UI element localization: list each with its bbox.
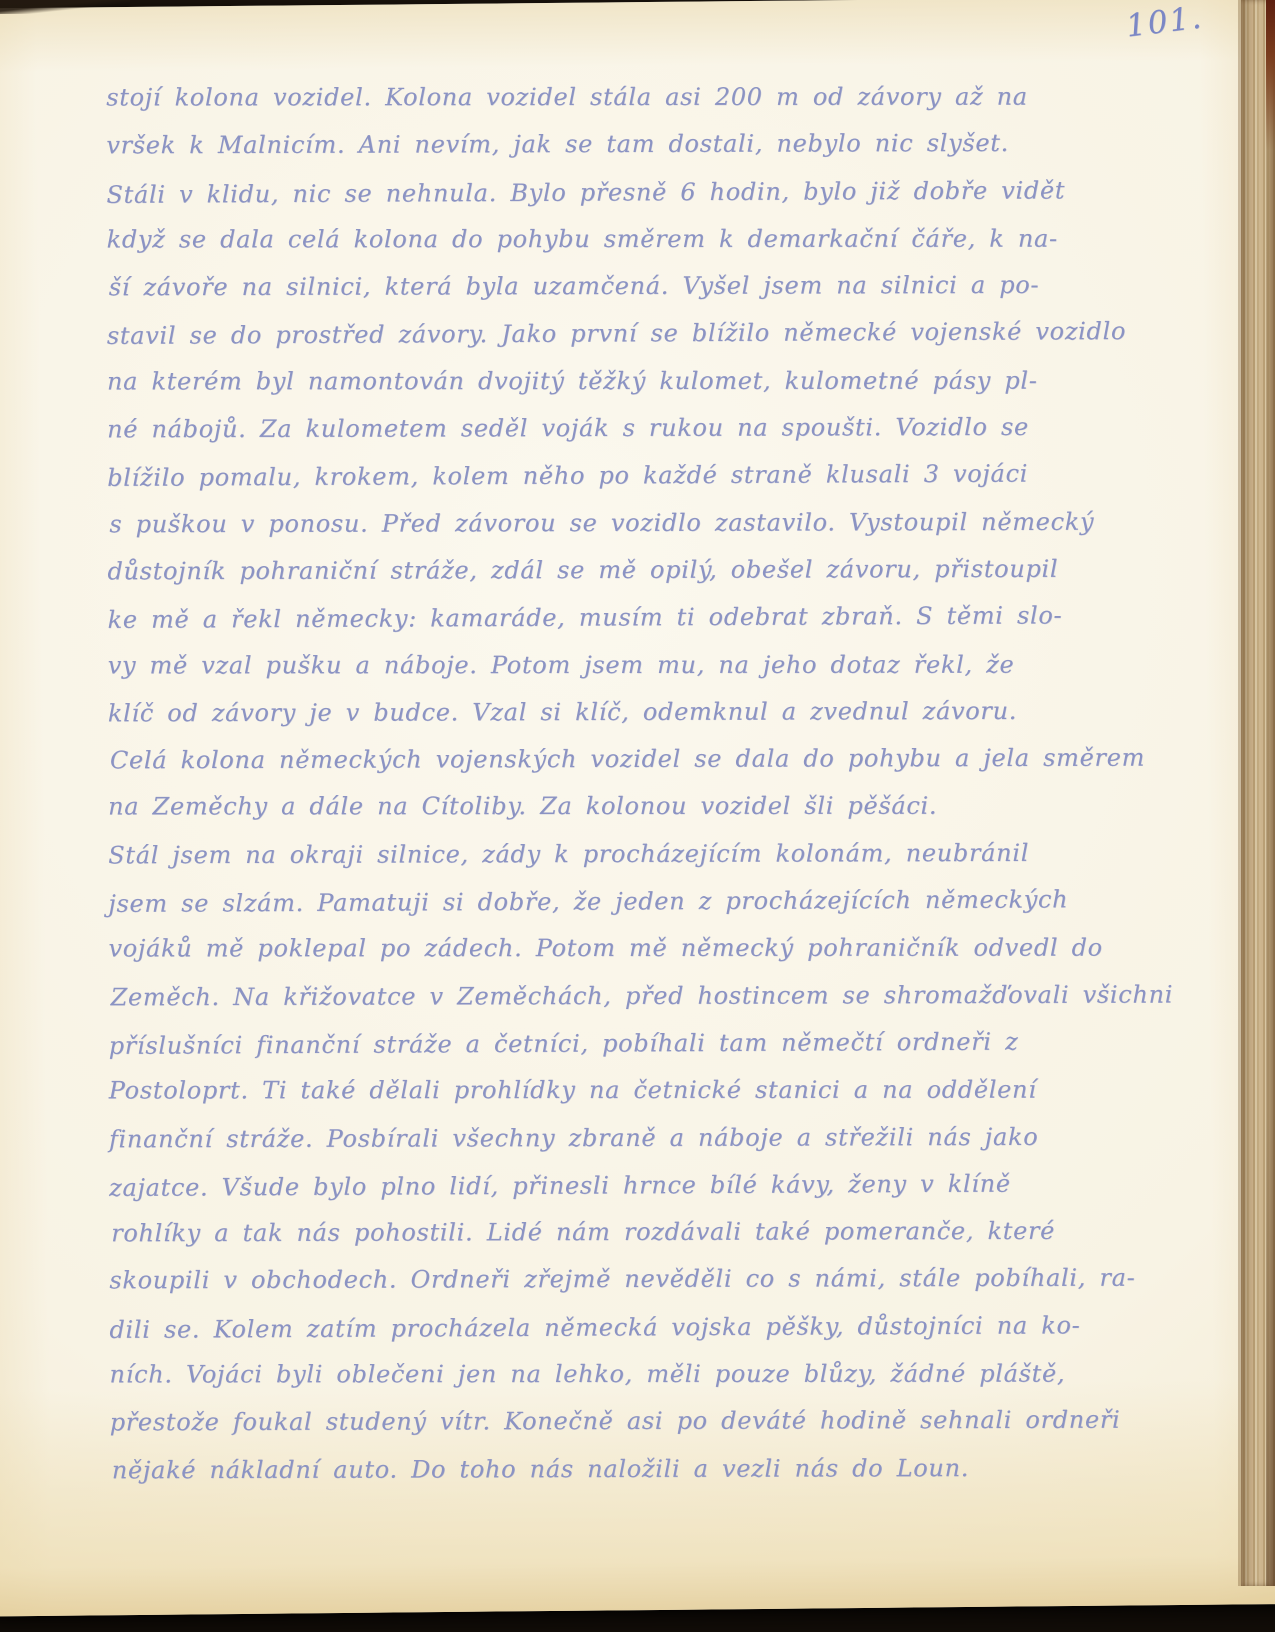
handwritten-line: ních. Vojáci byli oblečeni jen na lehko,… [110, 1351, 1115, 1399]
handwritten-line: stojí kolona vozidel. Kolona vozidel stá… [106, 74, 1111, 122]
scan-edge-artifact [0, 0, 130, 14]
handwritten-text: stojí kolona vozidel. Kolona vozidel stá… [106, 73, 1115, 1495]
book-binding-edge [1241, 0, 1275, 1586]
handwritten-line: stavil se do prostřed závory. Jako první… [107, 309, 1112, 361]
handwritten-line: vojáků mě poklepal po zádech. Potom mě n… [108, 925, 1113, 973]
handwritten-line: Celá kolona německých vojenských vozidel… [110, 735, 1115, 785]
handwritten-line: zajatce. Všude bylo plno lidí, přinesli … [109, 1160, 1114, 1212]
handwritten-line: rohlíky a tak nás pohostili. Lidé nám ro… [111, 1208, 1116, 1258]
handwritten-line: finanční stráže. Posbírali všechny zbran… [109, 1113, 1114, 1163]
manuscript-scan: 101. stojí kolona vozidel. Kolona vozide… [0, 0, 1275, 1632]
handwritten-line: ší závoře na silnici, která byla uzamčen… [109, 262, 1114, 312]
handwritten-line: Postoloprt. Ti také dělali prohlídky na … [109, 1067, 1114, 1115]
handwritten-line: ke mě a řekl německy: kamaráde, musím ti… [107, 592, 1112, 644]
handwritten-line: na Zeměchy a dále na Cítoliby. Za kolono… [108, 783, 1113, 831]
handwritten-line: vršek k Malnicím. Ani nevím, jak se tam … [106, 120, 1111, 170]
handwritten-line: důstojník pohraniční stráže, zdál se mě … [107, 546, 1112, 596]
handwritten-line: přestože foukal studený vítr. Konečně as… [110, 1397, 1115, 1447]
handwritten-line: vy mě vzal pušku a náboje. Potom jsem mu… [108, 641, 1113, 689]
handwritten-line: na kterém byl namontován dvojitý těžký k… [107, 357, 1112, 405]
handwritten-line: jsem se slzám. Pamatuji si dobře, že jed… [108, 876, 1113, 928]
handwritten-line: když se dala celá kolona do pohybu směre… [107, 215, 1112, 263]
handwritten-line: Stál jsem na okraji silnice, zády k proc… [108, 829, 1113, 879]
handwritten-line: Stáli v klidu, nic se nehnula. Bylo přes… [106, 167, 1111, 219]
handwritten-line: příslušníci finanční stráže a četníci, p… [109, 1018, 1114, 1070]
handwritten-line: klíč od závory je v budce. Vzal si klíč,… [108, 688, 1113, 738]
handwritten-line: né nábojů. Za kulometem seděl voják s ru… [107, 404, 1112, 454]
handwritten-line: nějaké nákladní auto. Do toho nás naloži… [112, 1444, 1117, 1494]
handwritten-line: blížilo pomalu, krokem, kolem něho po ka… [107, 451, 1112, 503]
handwritten-line: dili se. Kolem zatím procházela německá … [109, 1302, 1114, 1354]
handwritten-line: skoupili v obchodech. Ordneři zřejmě nev… [109, 1255, 1114, 1305]
handwritten-line: Zeměch. Na křižovatce v Zeměchách, před … [110, 971, 1115, 1021]
handwritten-line: s puškou v ponosu. Před závorou se vozid… [109, 498, 1114, 548]
